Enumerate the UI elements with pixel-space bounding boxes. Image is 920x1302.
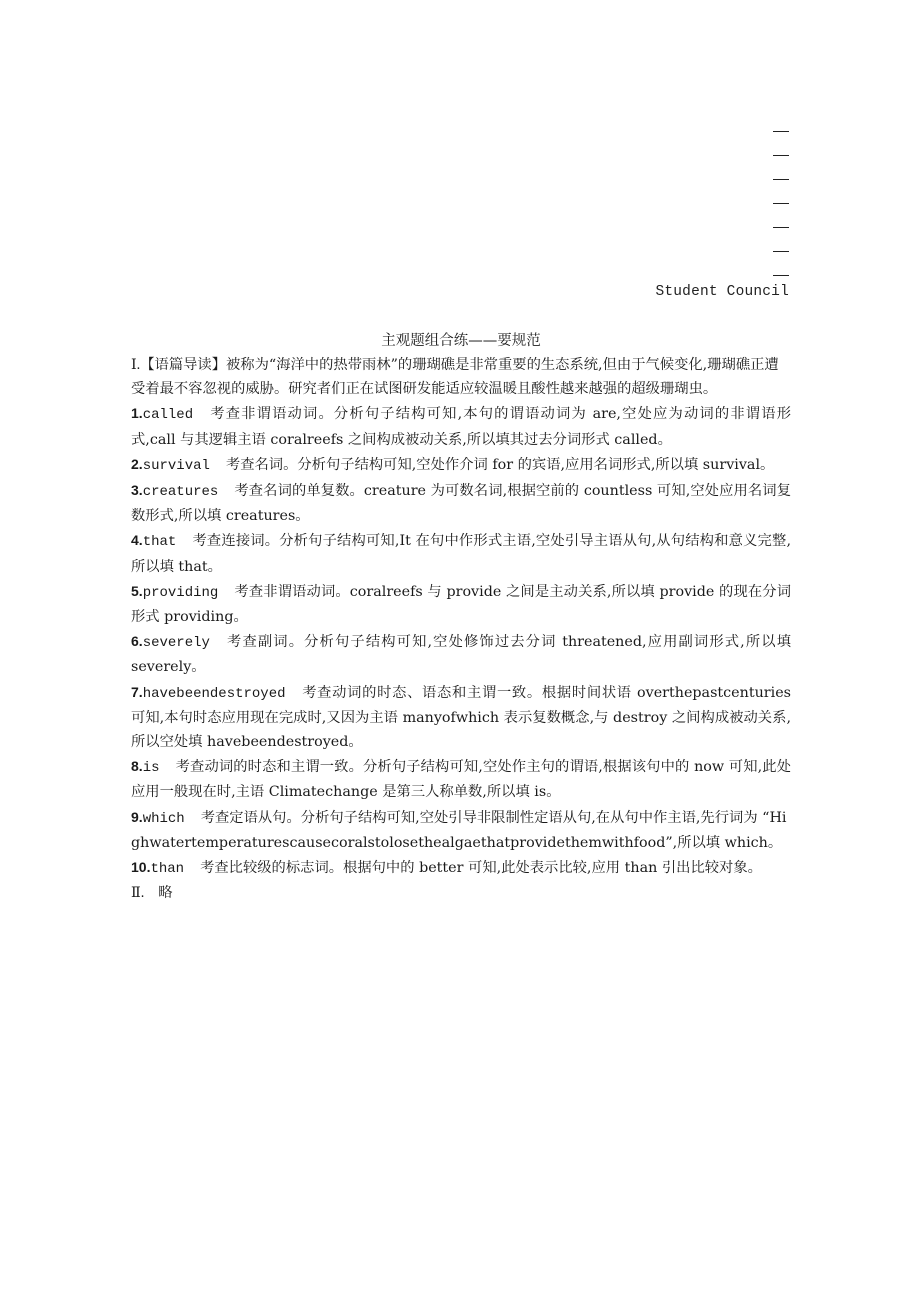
item-explanation: 考查名词。分析句子结构可知,空处作介词 for 的宾语,应用名词形式,所以填 s…	[226, 457, 774, 473]
item-explanation: 考查名词的单复数。creature 为可数名词,根据空前的 countless …	[131, 483, 791, 524]
intro-text: 被称为“海洋中的热带雨林”的珊瑚礁是非常重要的生态系统,但由于气候变化,珊瑚礁正…	[131, 357, 779, 397]
item-explanation: 考查非谓语动词。分析句子结构可知,本句的谓语动词为 are,空处应为动词的非谓语…	[131, 406, 791, 447]
section2: Ⅱ.略	[131, 881, 791, 905]
answer-item: 8.is考查动词的时态和主谓一致。分析句子结构可知,空处作主句的谓语,根据该句中…	[131, 754, 791, 804]
item-explanation: 考查定语从句。分析句子结构可知,空处引导非限制性定语从句,在从句中作主语,先行词…	[131, 810, 787, 851]
answer-item: 6.severely考查副词。分析句子结构可知,空处修饰过去分词 threate…	[131, 629, 791, 679]
item-answer: severely	[143, 635, 210, 651]
section1-intro: Ⅰ.【语篇导读】被称为“海洋中的热带雨林”的珊瑚礁是非常重要的生态系统,但由于气…	[131, 353, 791, 401]
item-number: 5.	[131, 583, 143, 599]
section2-text: 略	[158, 885, 172, 901]
item-answer: creatures	[143, 484, 219, 500]
answer-item: 3.creatures考查名词的单复数。creature 为可数名词,根据空前的…	[131, 478, 791, 528]
rule-line	[773, 179, 789, 180]
signature-lines	[589, 122, 789, 299]
document-body: 主观题组合练——要规范 Ⅰ.【语篇导读】被称为“海洋中的热带雨林”的珊瑚礁是非常…	[131, 329, 791, 905]
organization-label: Student Council	[655, 284, 789, 300]
section-numeral: Ⅱ.	[131, 885, 144, 901]
answer-item: 9.which考查定语从句。分析句子结构可知,空处引导非限制性定语从句,在从句中…	[131, 805, 791, 855]
item-number: 1.	[131, 405, 143, 421]
item-number: 2.	[131, 456, 143, 472]
item-answer: survival	[143, 458, 210, 474]
answer-item: 10.than考查比较级的标志词。根据句中的 better 可知,此处表示比较,…	[131, 855, 791, 881]
answer-item: 7.havebeendestroyed考查动词的时态、语态和主谓一致。根据时间状…	[131, 680, 791, 755]
item-explanation: 考查比较级的标志词。根据句中的 better 可知,此处表示比较,应用 than…	[200, 860, 762, 876]
item-answer: providing	[143, 585, 219, 601]
item-number: 3.	[131, 482, 143, 498]
item-number: 9.	[131, 809, 143, 825]
item-explanation: 考查副词。分析句子结构可知,空处修饰过去分词 threatened,应用副词形式…	[131, 634, 791, 675]
intro-tag: 【语篇导读】	[140, 357, 226, 373]
item-answer: is	[143, 760, 160, 776]
answer-item: 1.called考查非谓语动词。分析句子结构可知,本句的谓语动词为 are,空处…	[131, 401, 791, 451]
section-numeral: Ⅰ.	[131, 357, 140, 373]
item-number: 6.	[131, 633, 143, 649]
answer-item: 4.that考查连接词。分析句子结构可知,It 在句中作形式主语,空处引导主语从…	[131, 528, 791, 578]
item-answer: havebeendestroyed	[143, 686, 286, 702]
page-title: 主观题组合练——要规范	[131, 329, 791, 353]
answer-item: 2.survival考查名词。分析句子结构可知,空处作介词 for 的宾语,应用…	[131, 452, 791, 478]
item-explanation: 考查非谓语动词。coralreefs 与 provide 之间是主动关系,所以填…	[131, 584, 791, 625]
rule-line	[773, 227, 789, 228]
document-page: Student Council 主观题组合练——要规范 Ⅰ.【语篇导读】被称为“…	[0, 0, 920, 1302]
item-answer: called	[143, 407, 193, 423]
rule-line	[773, 203, 789, 204]
item-number: 10.	[131, 859, 150, 875]
answer-item: 5.providing考查非谓语动词。coralreefs 与 provide …	[131, 579, 791, 629]
rule-line	[773, 155, 789, 156]
item-answer: that	[143, 534, 177, 550]
item-explanation: 考查动词的时态和主谓一致。分析句子结构可知,空处作主句的谓语,根据该句中的 no…	[131, 759, 791, 800]
rule-line	[773, 251, 789, 252]
item-number: 4.	[131, 532, 143, 548]
item-explanation: 考查连接词。分析句子结构可知,It 在句中作形式主语,空处引导主语从句,从句结构…	[131, 533, 791, 574]
item-answer: which	[143, 811, 185, 827]
rule-line	[773, 275, 789, 276]
rule-line	[773, 131, 789, 132]
item-answer: than	[150, 861, 184, 877]
item-number: 8.	[131, 758, 143, 774]
item-number: 7.	[131, 684, 143, 700]
